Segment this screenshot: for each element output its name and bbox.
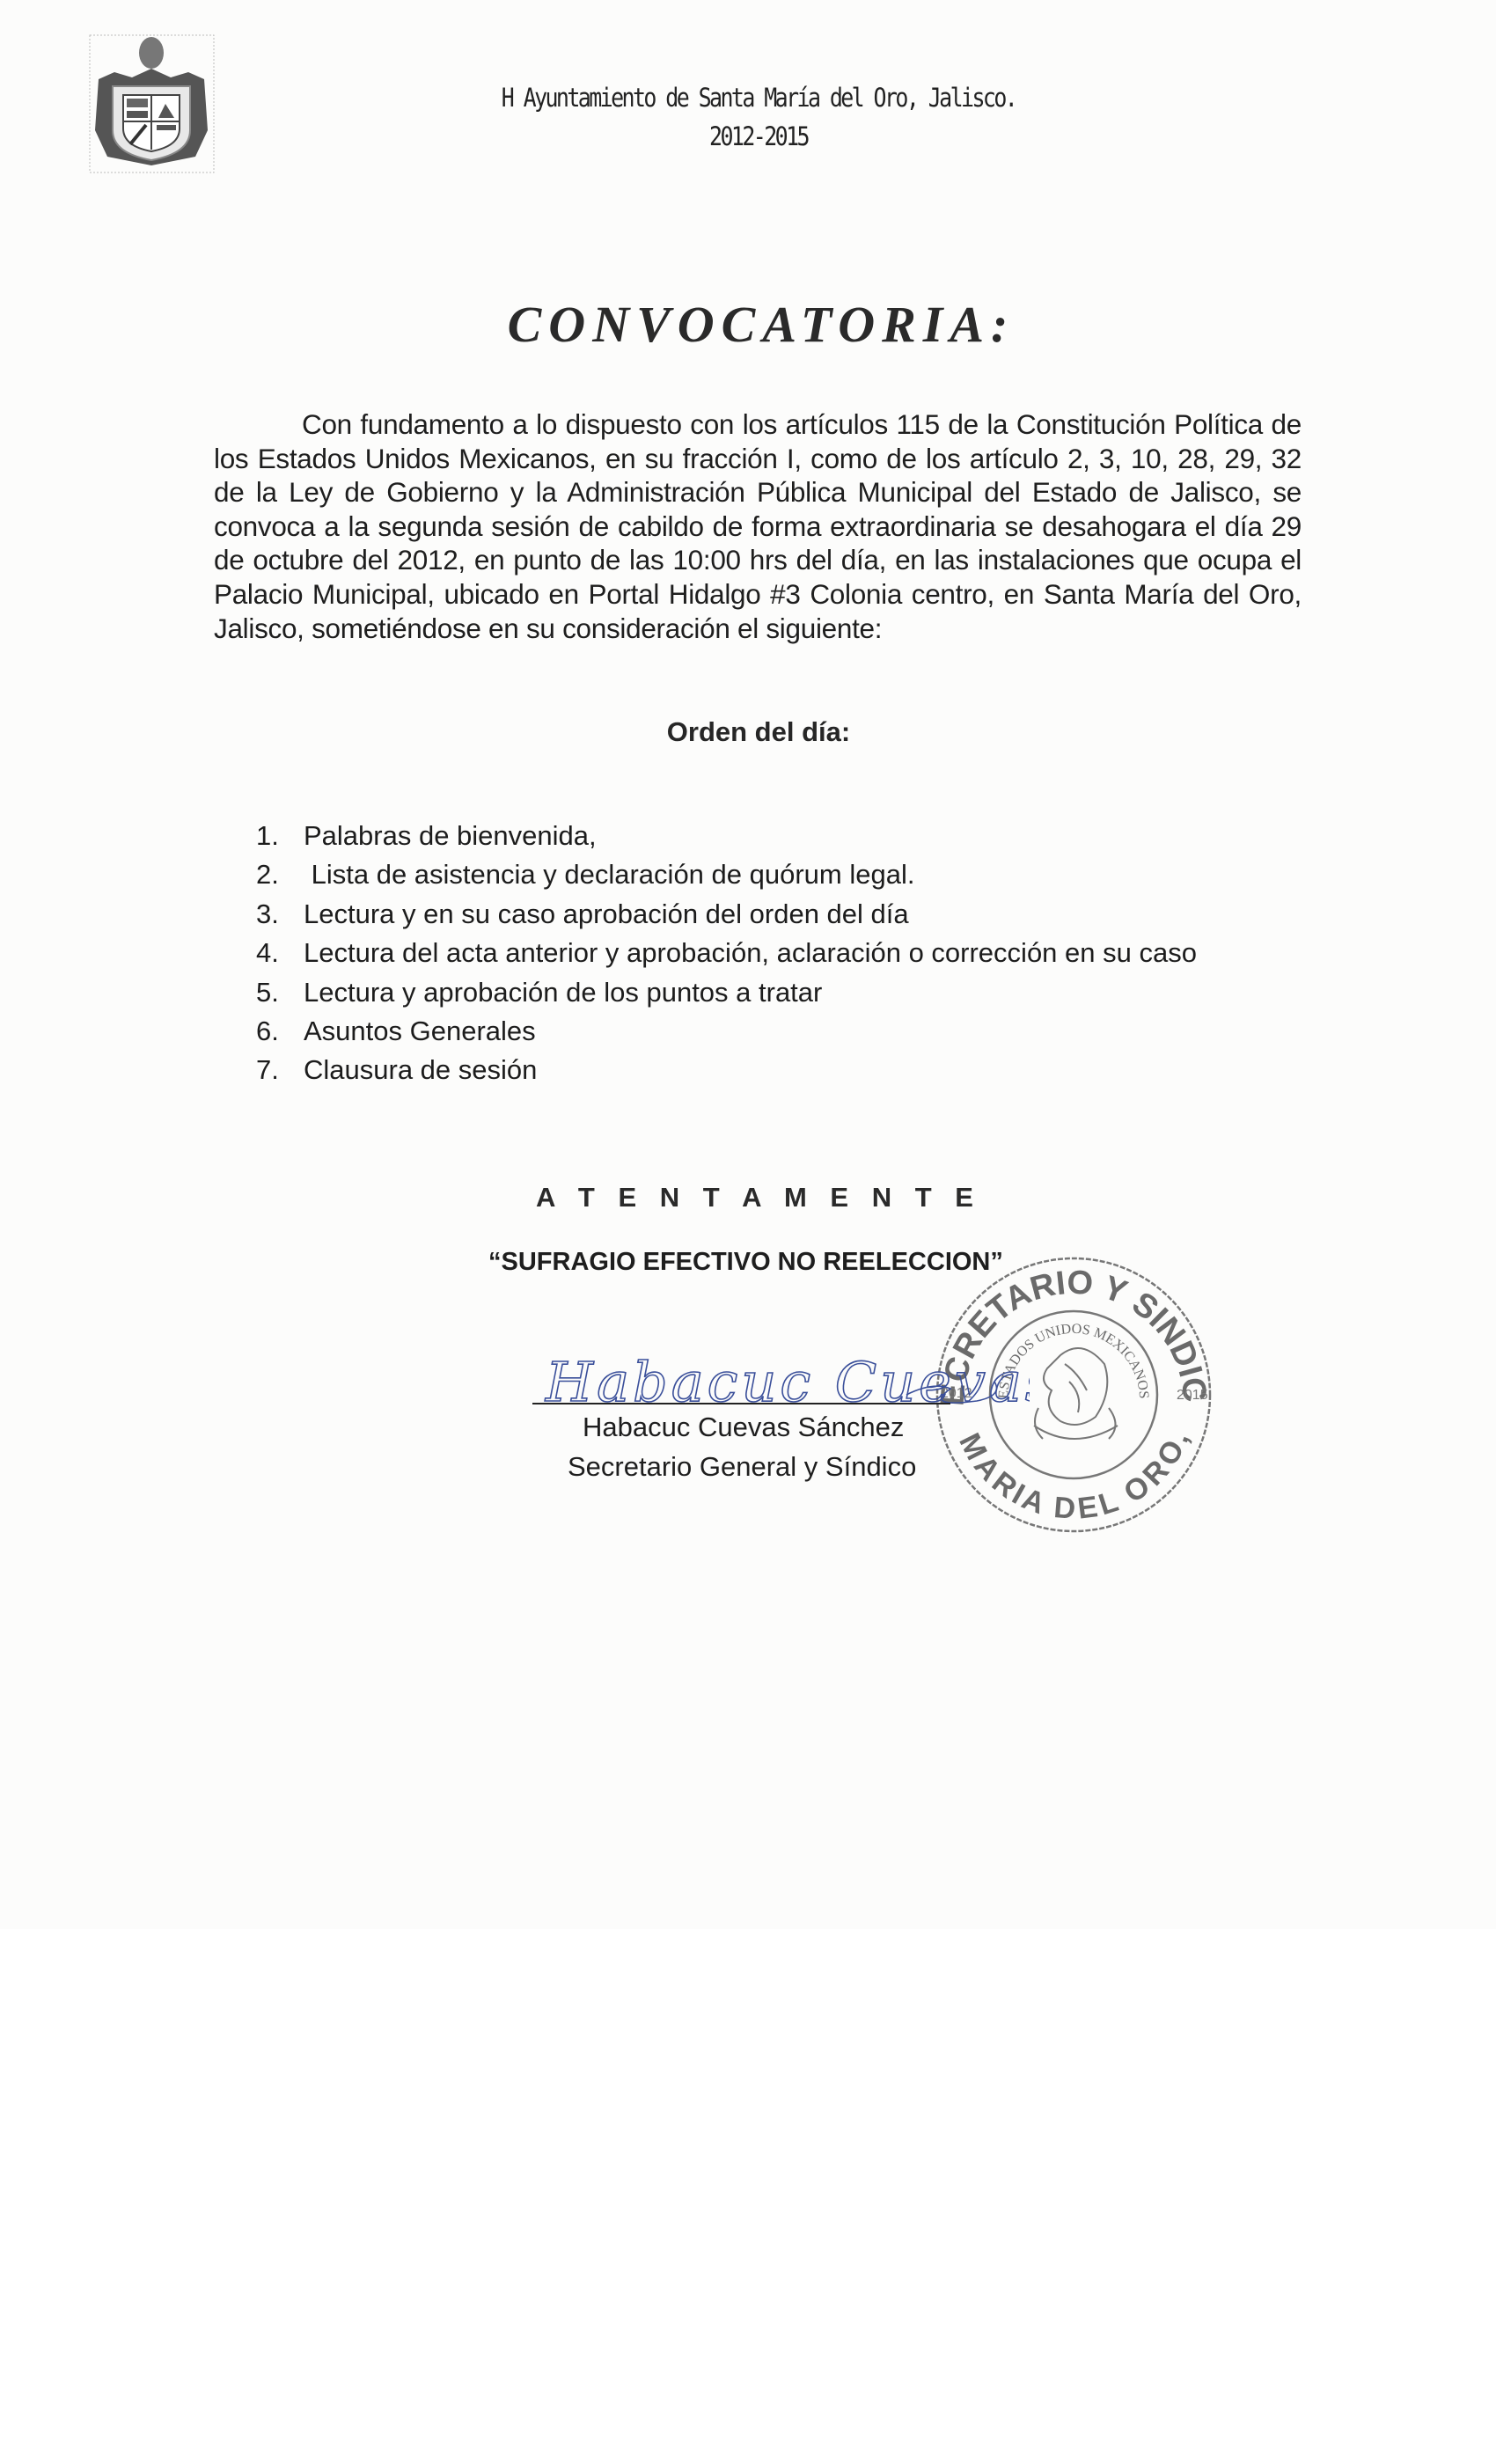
administration-period: 2012-2015 xyxy=(106,121,1412,151)
agenda-item: 2. Lista de asistencia y declaración de … xyxy=(256,855,1197,894)
seal-year-right: 2015 xyxy=(1177,1388,1208,1403)
body-paragraph: Con fundamento a lo dispuesto con los ar… xyxy=(214,407,1302,645)
agenda-item: 4.Lectura del acta anterior y aprobación… xyxy=(256,934,1197,972)
agenda-item: 5.Lectura y aprobación de los puntos a t… xyxy=(256,973,1197,1012)
agenda-heading: Orden del día: xyxy=(0,716,1496,748)
svg-text:Habacuc Cuevas: Habacuc Cuevas xyxy=(545,1350,1030,1414)
salutation: A T E N T A M E N T E xyxy=(0,1182,1496,1214)
agenda-item: 7.Clausura de sesión xyxy=(256,1051,1197,1089)
signer-name: Habacuc Cuevas Sánchez xyxy=(583,1412,904,1443)
body-text: Con fundamento a lo dispuesto con los ar… xyxy=(214,408,1302,644)
eagle-emblem-icon xyxy=(1034,1348,1118,1439)
institution-header: H Ayuntamiento de Santa María del Oro, J… xyxy=(106,83,1412,113)
signer-title: Secretario General y Síndico xyxy=(568,1451,916,1483)
agenda-item: 3.Lectura y en su caso aprobación del or… xyxy=(256,895,1197,934)
signature-line xyxy=(532,1403,950,1404)
motto: “SUFRAGIO EFECTIVO NO REELECCION” xyxy=(488,1248,1003,1277)
agenda-item: 6.Asuntos Generales xyxy=(256,1012,1197,1051)
document-title: CONVOCATORIA: xyxy=(0,295,1496,354)
agenda-item: 1.Palabras de bienvenida, xyxy=(256,817,1197,855)
agenda-list: 1.Palabras de bienvenida, 2. Lista de as… xyxy=(256,817,1197,1090)
